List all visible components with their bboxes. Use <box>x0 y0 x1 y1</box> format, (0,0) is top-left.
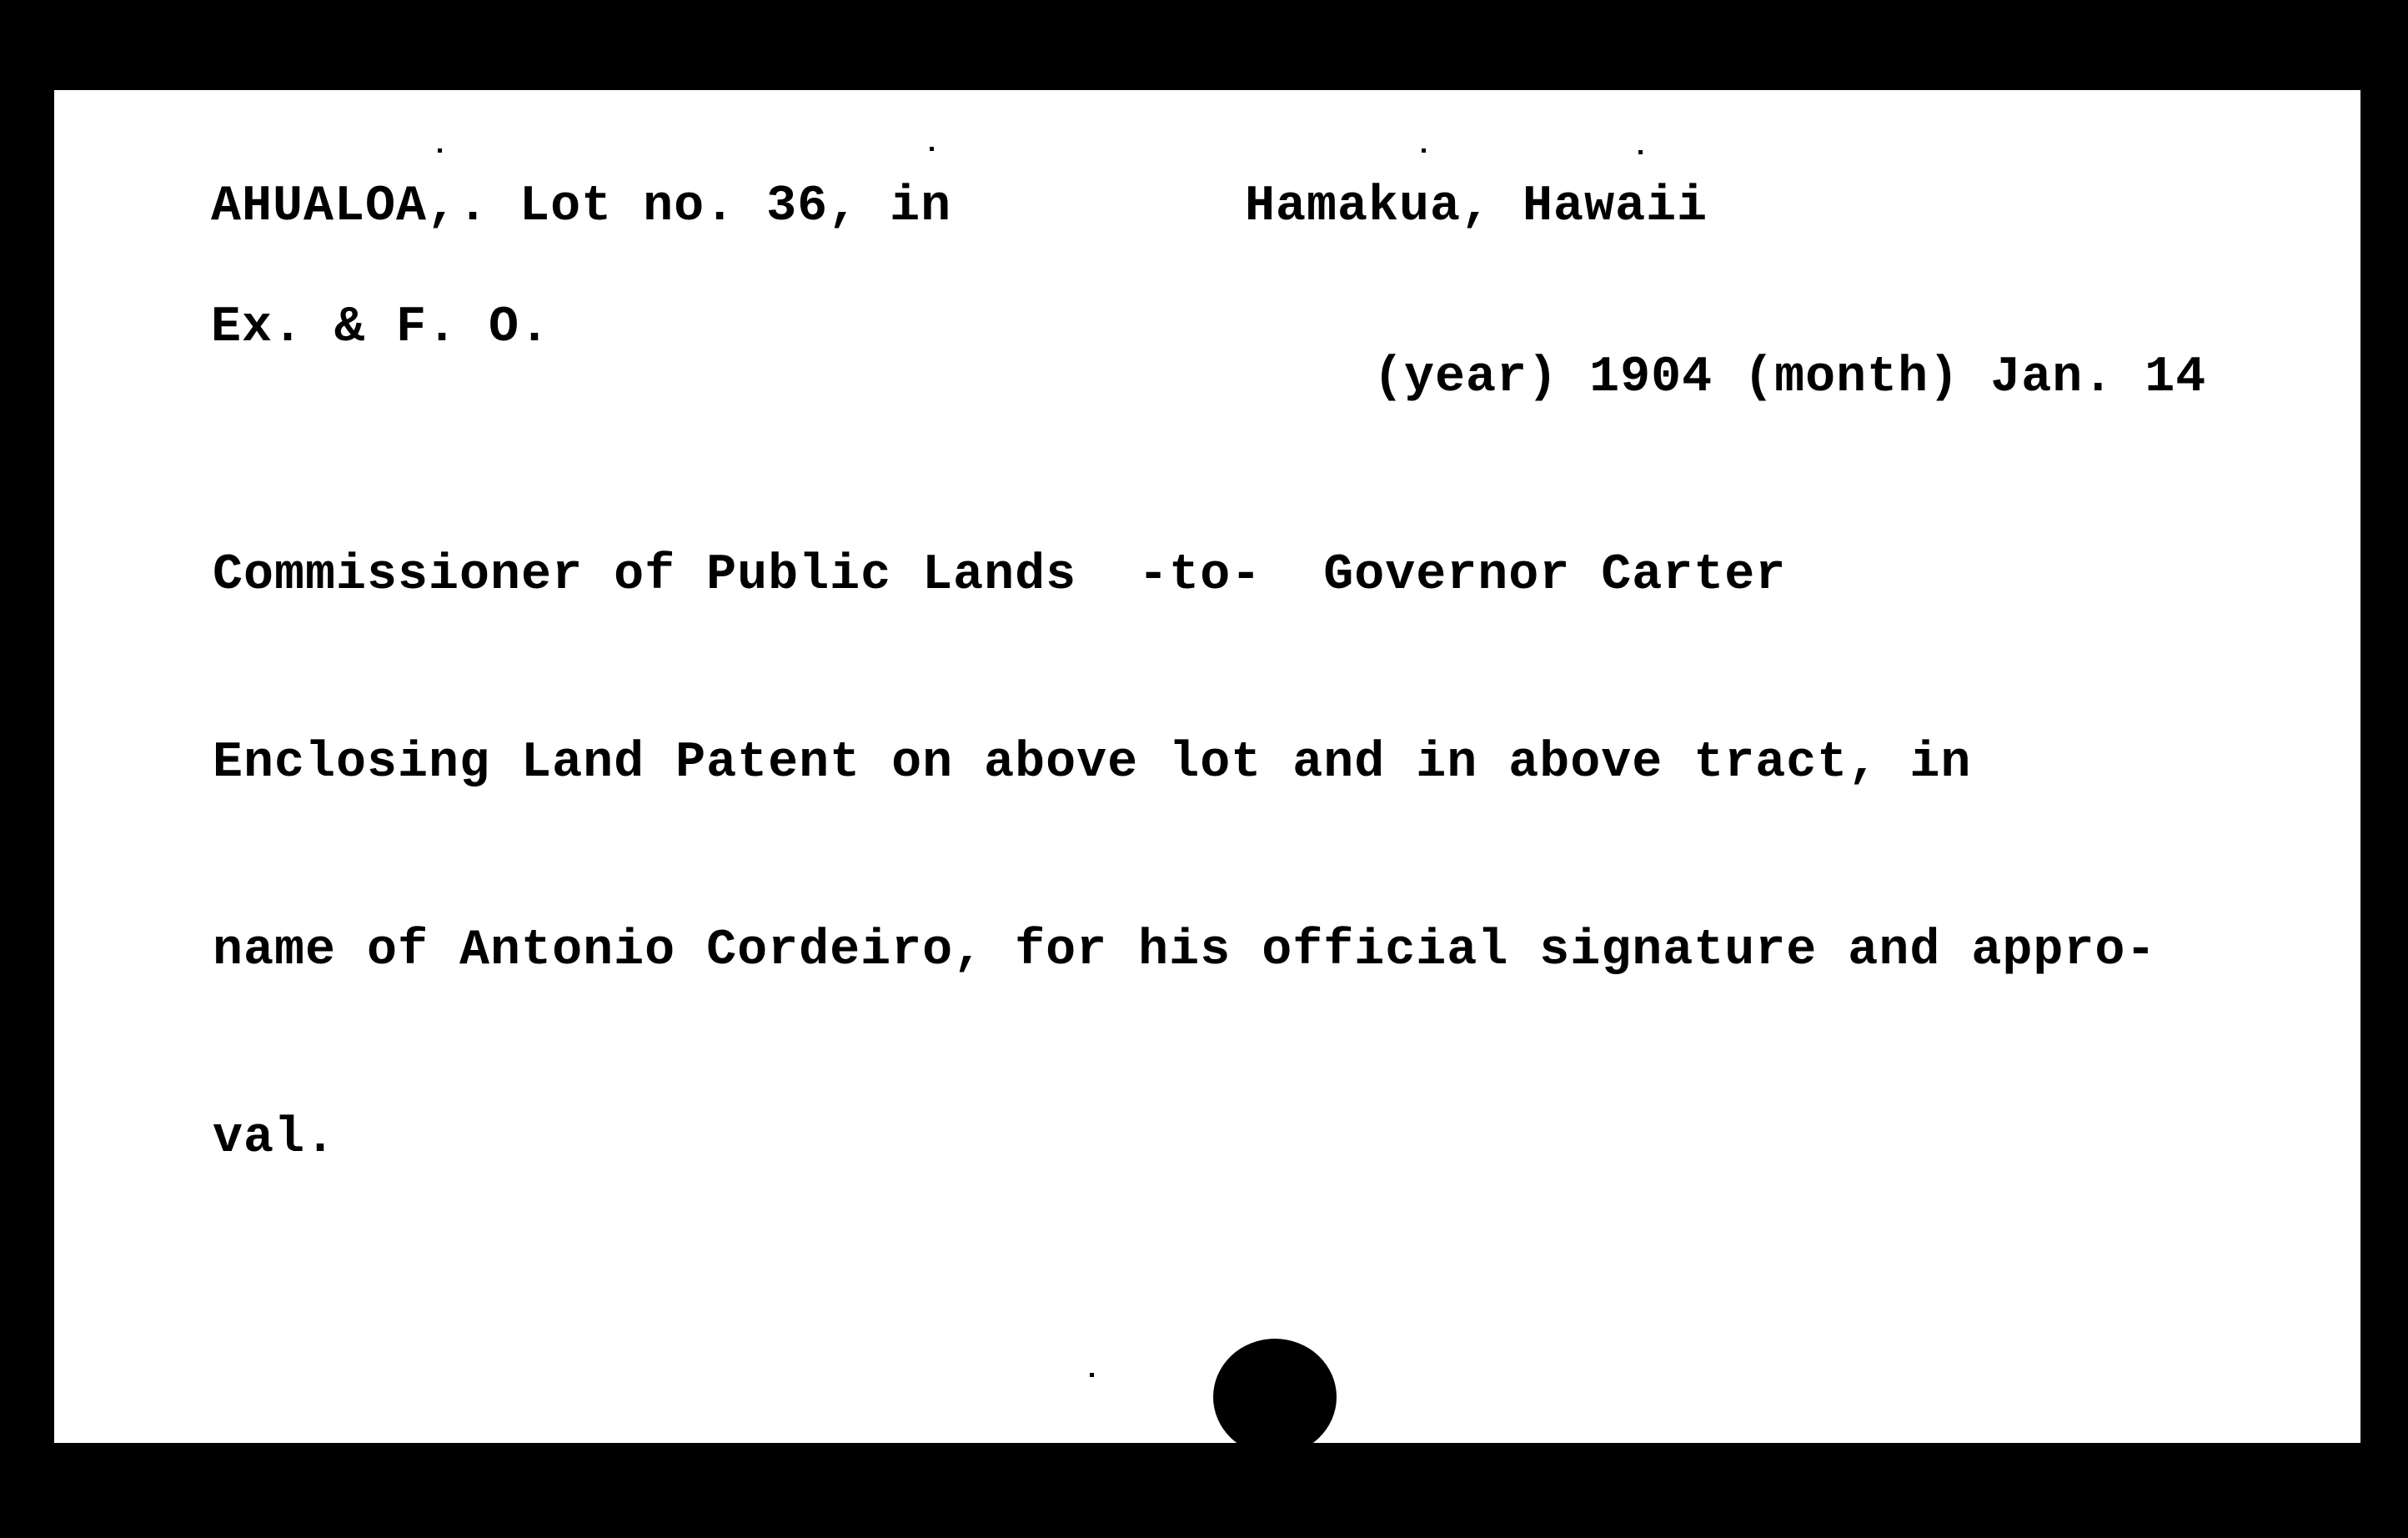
scan-speck <box>438 148 442 153</box>
index-card: AHUALOA,. Lot no. 36, in Hamakua, Hawaii… <box>54 90 2360 1443</box>
body-line: Commissioner of Public Lands -to- Govern… <box>213 545 2347 607</box>
scan-speck <box>1638 150 1643 154</box>
location-lot: AHUALOA,. Lot no. 36, in <box>211 182 951 232</box>
body-line: Enclosing Land Patent on above lot and i… <box>213 732 2347 795</box>
reference-code: Ex. & F. O. <box>211 303 550 353</box>
year-label: (year) <box>1373 349 1558 406</box>
district-island: Hamakua, Hawaii <box>1245 182 1708 232</box>
scan-speck <box>930 147 934 151</box>
punch-hole <box>1213 1339 1337 1455</box>
scan-speck <box>1090 1373 1094 1377</box>
year-value: 1904 <box>1589 349 1713 406</box>
month-label: (month) <box>1743 349 1959 406</box>
body-line: name of Antonio Cordeiro, for his offici… <box>213 920 2347 983</box>
scan-speck <box>1422 148 1426 153</box>
month-day-value: Jan. 14 <box>1990 349 2206 406</box>
body-line: val. <box>213 1108 2347 1170</box>
card-body: Commissioner of Public Lands -to- Govern… <box>213 420 2347 1295</box>
